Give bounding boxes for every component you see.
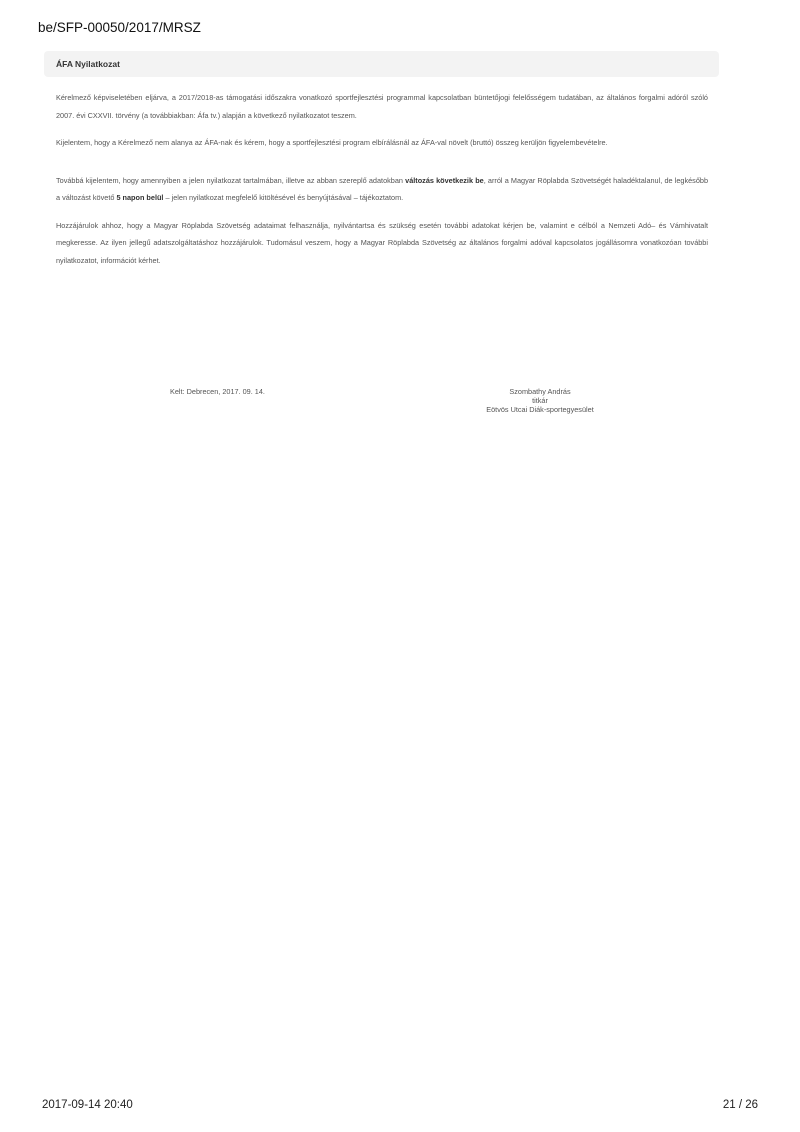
bold-change-occurs: változás következik be bbox=[405, 176, 484, 185]
signatory-organization: Eötvös Utcai Diák-sportegyesület bbox=[440, 405, 640, 414]
signature-block: Szombathy András titkár Eötvös Utcai Diá… bbox=[440, 387, 640, 414]
signatory-role: titkár bbox=[440, 396, 640, 405]
signatory-name: Szombathy András bbox=[440, 387, 640, 396]
paragraph-intro: Kérelmező képviseletében eljárva, a 2017… bbox=[56, 89, 708, 124]
text-fragment: Továbbá kijelentem, hogy amennyiben a je… bbox=[56, 176, 405, 185]
paragraph-consent: Hozzájárulok ahhoz, hogy a Magyar Röplab… bbox=[56, 217, 708, 270]
bold-deadline: 5 napon belül bbox=[116, 193, 163, 202]
paragraph-change-notice: Továbbá kijelentem, hogy amennyiben a je… bbox=[56, 172, 708, 207]
footer-timestamp: 2017-09-14 20:40 bbox=[42, 1099, 133, 1111]
text-fragment: – jelen nyilatkozat megfelelő kitöltésév… bbox=[163, 193, 403, 202]
paragraph-vat-status: Kijelentem, hogy a Kérelmező nem alanya … bbox=[56, 134, 708, 152]
section-header: ÁFA Nyilatkozat bbox=[44, 51, 719, 77]
declaration-body: Kérelmező képviseletében eljárva, a 2017… bbox=[56, 89, 708, 279]
document-id: be/SFP-00050/2017/MRSZ bbox=[38, 20, 201, 35]
place-date: Kelt: Debrecen, 2017. 09. 14. bbox=[170, 387, 265, 396]
footer-page-number: 21 / 26 bbox=[723, 1099, 758, 1111]
section-title: ÁFA Nyilatkozat bbox=[56, 59, 120, 69]
